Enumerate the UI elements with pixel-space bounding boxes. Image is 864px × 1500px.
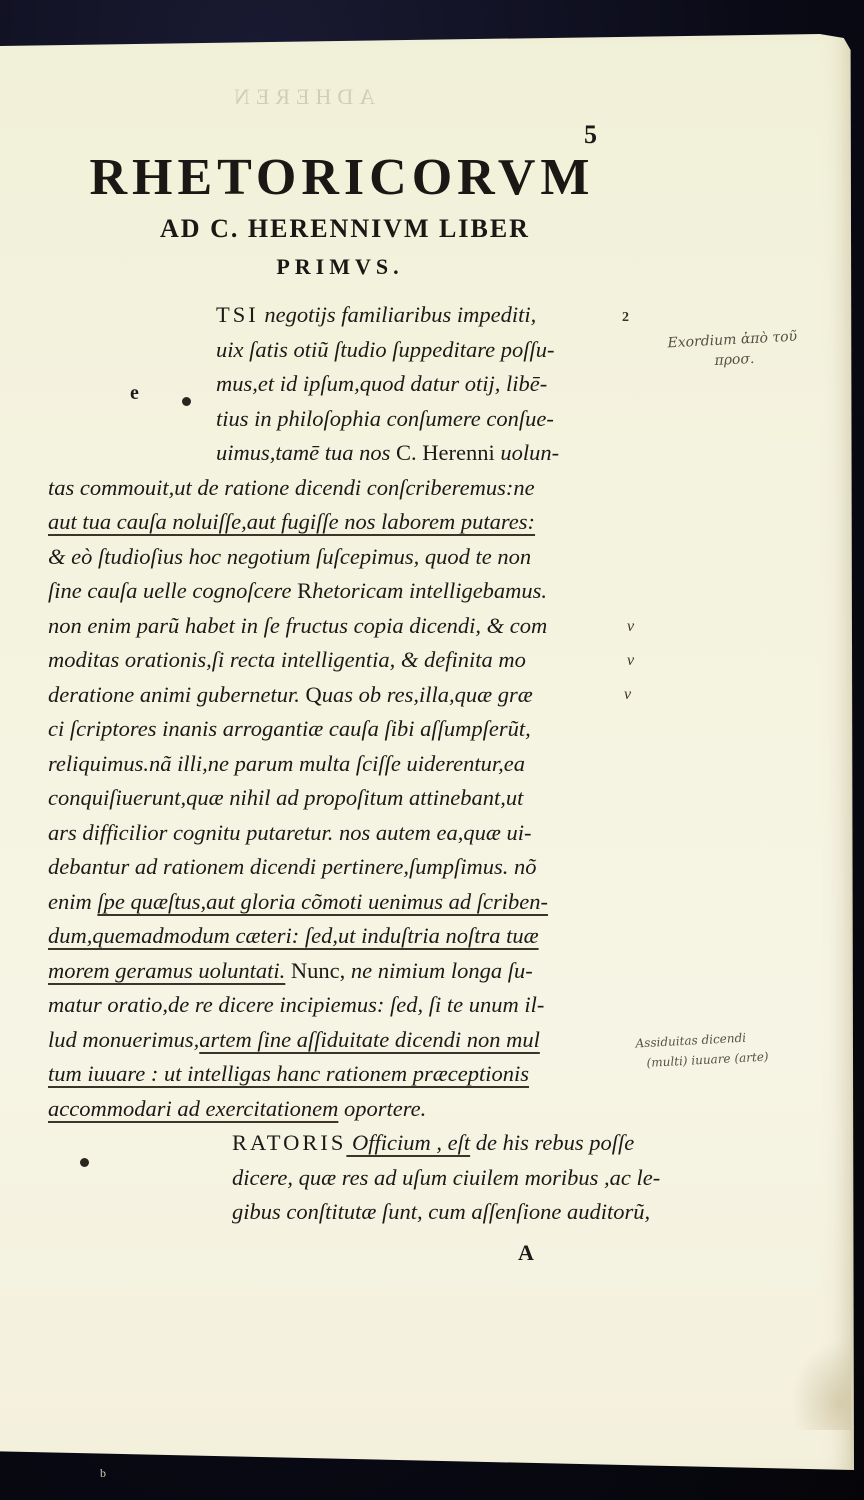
marginalia-note-1: Exordium ἀπὸ τοῦ προσ.	[667, 327, 799, 374]
text-line: reliquimus.nã illi,ne parum multa ſciſſe…	[48, 747, 620, 782]
signature-mark: A	[518, 1240, 534, 1266]
text-line: accommodari ad exercitationem oportere.	[48, 1092, 620, 1127]
text-line: matur oratio,de re dicere incipiemus: ſe…	[48, 988, 620, 1023]
text-line: enim ſpe quæſtus,aut gloria cõmoti uenim…	[48, 885, 620, 920]
margin-tick: 2	[622, 310, 629, 326]
text-line: debantur ad rationem dicendi pertinere,ſ…	[48, 850, 620, 885]
marginalia-note-2: Assiduitas dicendi (multi) iuuare (arte)	[635, 1027, 769, 1074]
page-corner-stain	[791, 1340, 851, 1430]
title-subtitle: AD C. HERENNIVM LIBER	[100, 214, 590, 244]
underlined-passage: Officium , eſt	[346, 1130, 470, 1155]
title-main: RHETORICORVM	[52, 152, 632, 204]
initial-caps: TSI	[216, 302, 259, 327]
text-line: tum iuuare : ut intelligas hanc rationem…	[48, 1057, 620, 1092]
bottom-mark: b	[100, 1466, 106, 1481]
underlined-passage: ſpe quæſtus,aut gloria cõmoti uenimus ad…	[97, 889, 548, 914]
text-line: dum,quemadmodum cæteri: ſed,ut induſtria…	[48, 919, 620, 954]
text-line: tius in philoſophia conſumere conſue-	[48, 402, 620, 437]
text-line: moditas orationis,ſi recta intelligentia…	[48, 643, 620, 678]
text-line: uix ſatis otiũ ſtudio ſuppeditare poſſu-	[48, 333, 620, 368]
text-line: non enim parũ habet in ſe fructus copia …	[48, 609, 620, 644]
text-line: RATORIS Officium , eſt de his rebus poſſ…	[48, 1126, 620, 1161]
text-line: gibus conſtitutæ ſunt, cum aſſenſione au…	[48, 1195, 620, 1230]
text-line: deratione animi gubernetur. Quas ob res,…	[48, 678, 620, 713]
check-mark: v	[627, 618, 634, 636]
text-line: aut tua cauſa noluiſſe,aut fugiſſe nos l…	[48, 505, 620, 540]
margin-letter-e: e	[130, 382, 139, 405]
show-through-running-head: ADHEREN	[228, 84, 375, 110]
folio-mark: 5	[584, 120, 597, 150]
body-text: TSI negotijs familiaribus impediti, uix …	[48, 298, 620, 1230]
text-line: dicere, quæ res ad uſum ciuilem moribus …	[48, 1161, 620, 1196]
underlined-passage: accommodari ad exercitationem	[48, 1096, 338, 1121]
underlined-passage: morem geramus uoluntati.	[48, 958, 285, 983]
text-line: & eò ſtudioſius hoc negotium ſuſcepimus,…	[48, 540, 620, 575]
initial-caps: RATORIS	[232, 1130, 346, 1155]
text-line: TSI negotijs familiaribus impediti,	[48, 298, 620, 333]
text-line: morem geramus uoluntati. Nunc, ne nimium…	[48, 954, 620, 989]
text-line: uimus,tamē tua nos C. Herenni uolun-	[48, 436, 620, 471]
text-line: lud monuerimus,artem ſine aſſiduitate di…	[48, 1023, 620, 1058]
text-line: conquiſiuerunt,quæ nihil ad propoſitum a…	[48, 781, 620, 816]
title-book-number: PRIMVS.	[200, 254, 480, 280]
underlined-passage: aut tua cauſa noluiſſe,aut fugiſſe nos l…	[48, 509, 535, 534]
text-line: ars difficilior cognitu putaretur. nos a…	[48, 816, 620, 851]
text-line: ci ſcriptores inanis arrogantiæ cauſa ſi…	[48, 712, 620, 747]
margin-dot	[182, 397, 191, 406]
underlined-passage: dum,quemadmodum cæteri: ſed,ut induſtria…	[48, 923, 539, 948]
check-mark: v	[624, 686, 631, 704]
text-line: ſine cauſa uelle cognoſcere Rhetoricam i…	[48, 574, 620, 609]
text-line: tas commouit,ut de ratione dicendi conſc…	[48, 471, 620, 506]
underlined-passage: tum iuuare : ut intelligas hanc rationem…	[48, 1061, 529, 1086]
check-mark: v	[627, 652, 634, 670]
margin-bullet-o	[80, 1158, 89, 1167]
underlined-passage: artem ſine aſſiduitate dicendi non mul	[199, 1027, 540, 1052]
